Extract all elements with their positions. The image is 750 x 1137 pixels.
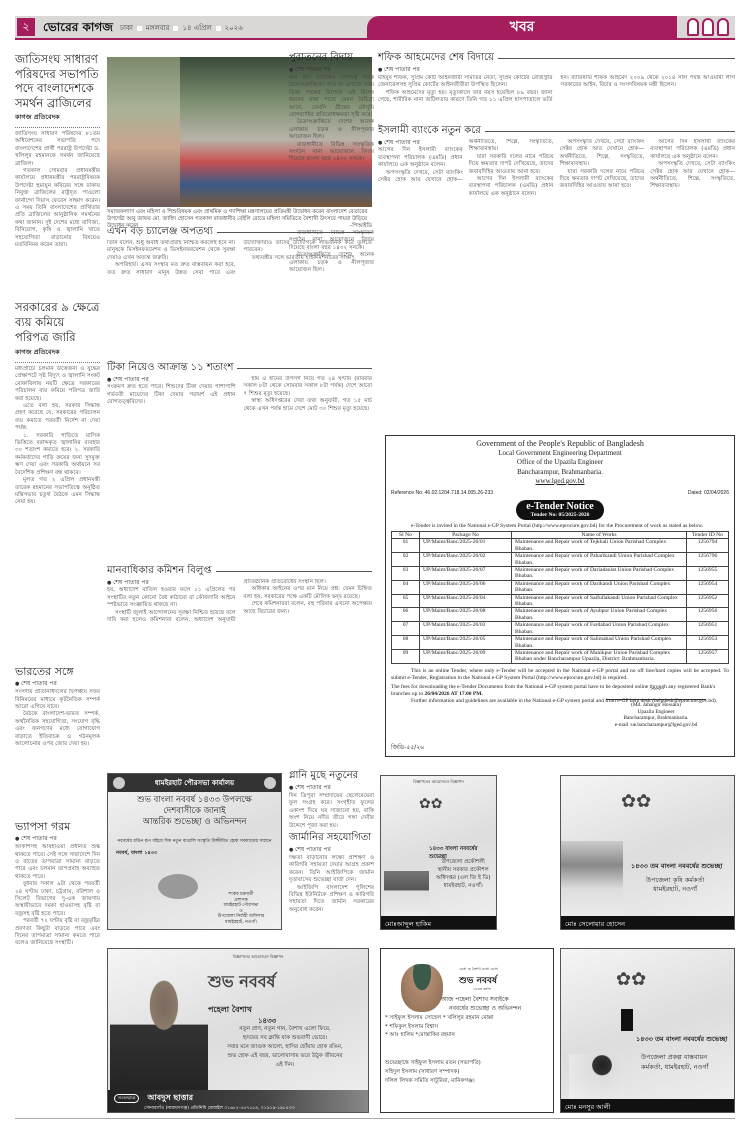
ad-signer: শংকর চক্রবর্তীপ্রশাসকধামইরহাট পৌরসভাওউপজ… xyxy=(211,892,271,925)
article-body: আকাশসহ আবহাওয়া প্রধানত শুষ্ক থাকতে পারে… xyxy=(15,844,100,1124)
ad-code: জিডি-৫৫/২৬ xyxy=(391,742,424,753)
article-body: শেষ পাতার পর হয়, অধ্যাদেশ বাতিল হওয়ার … xyxy=(107,579,372,764)
decorative-wheel-icon xyxy=(158,874,198,899)
headline: মানবাধিকার কমিশন বিলুপ্ত xyxy=(107,565,212,577)
photo-women-event xyxy=(107,57,180,207)
headline: ইসলামী ব্যাংকে নতুন করে xyxy=(378,125,481,137)
ad-title: শুভ নববর্ষ xyxy=(459,973,497,988)
emblem-icon xyxy=(113,777,125,789)
article-islami-bank[interactable]: ইসলামী ব্যাংকে নতুন করে শেষ পাতার পর আগে… xyxy=(378,125,735,429)
dated: Dated: 02/04/2026 xyxy=(688,490,729,496)
table-row: 02UP/Maint/Banc/2025-26/02Maintenance an… xyxy=(392,553,729,567)
ad-contact: সোনারগাঁও (নারায়ণগঞ্জ) প্রতিনিধি মোবাইল… xyxy=(144,1105,362,1112)
article-human-rights[interactable]: মানবাধিকার কমিশন বিলুপ্ত শেষ পাতার পর হয… xyxy=(107,565,372,764)
table-row: 08UP/Maint/Banc/2025-26/05Maintenance an… xyxy=(392,636,729,650)
ad-year-tag: নববর্ষ, বাংলা ১৪৩৩ xyxy=(116,850,281,858)
ad-line: নববর্ষের শুভেচ্ছা ও অভিনন্দন xyxy=(449,1003,521,1014)
headline: জাতিসংঘ সাধারণ পরিষদের সভাপতি পদে বাংলাদ… xyxy=(15,52,100,110)
ad-saiful[interactable]: এসো হে বৈশাখ এসো এসো শুভ নববর্ষ ১৪৩৩ বঙ্… xyxy=(380,948,554,1113)
dateline: ঢাকা মঙ্গলবার ১৪ এপ্রিল ২০২৬ xyxy=(120,22,243,34)
masthead[interactable]: ভোরের কাগজ xyxy=(43,19,113,39)
date-year: ২০২৬ xyxy=(225,22,243,34)
headline: গ্লানি মুছে নতুনের xyxy=(289,770,374,782)
article-body: জাতিসংঘ সাধারণ পরিষদের ৮১তম অধিবেশনের সভ… xyxy=(15,131,100,250)
nababarsho-logo-icon: ✿✿ xyxy=(616,969,646,990)
reference-no: Reference No: 46.02.1204.718.14.005.26-2… xyxy=(391,490,493,496)
headline: টিকা নিয়েও আক্রান্ত ১১ শতাংশ xyxy=(107,362,233,374)
tender-para1: This is an online Tender, where only e-T… xyxy=(391,668,729,682)
ad-name: মোঃআব্দুল হাকিম xyxy=(381,916,496,929)
ad-name: মোঃ সেলোয়ার হোসেন xyxy=(561,916,734,929)
ad-name: মোঃ মনসুর আলী xyxy=(561,1099,734,1112)
tender-table: Sl No Package No Name of Works Tender ID… xyxy=(391,531,729,664)
ad-footer: শুভেচ্ছান্তে সাইফুল ইসলাম রতন (সভাপতি)সহ… xyxy=(385,1059,481,1086)
ad-mansur[interactable]: ✿✿ ১৪৩৩ তম বাংলা নববর্ষের শুভেচ্ছা উপজেল… xyxy=(560,948,735,1113)
ad-year: ১৪৩৩ বঙ্গাব্দ xyxy=(473,987,491,993)
table-row: 07UP/Maint/Banc/2025-26/03Maintenance an… xyxy=(392,622,729,636)
ad-top-line: বিজ্ঞাপনের আয়োজনে বিজ্ঞাপন xyxy=(148,954,368,961)
ad-lines: উপজেলা প্রকৌশলীস্থানীয় সরকার প্রকৌশলঅধি… xyxy=(436,858,490,890)
jump-line: শেষ পাতার পর xyxy=(289,64,374,75)
ad-line: দেশবাসীকে জানাই xyxy=(108,806,281,817)
nababarsho-logo-icon: ✿✿ xyxy=(419,796,442,812)
headline: জার্মানির সহযোগিতা xyxy=(289,832,374,844)
article-body: মধ্যপ্রাচ্যে চলমান উত্তেজনা ও যুদ্ধের প্… xyxy=(15,366,100,566)
page-number: ২ xyxy=(17,18,35,36)
ad-subtitle: পহেলা বৈশাখ xyxy=(208,1004,252,1017)
table-row: 03UP/Maint/Banc/2025-26/07Maintenance an… xyxy=(392,567,729,581)
ad-greeting: ১৪৩৩ তম বাংলা নববর্ষের শুভেচ্ছা xyxy=(631,861,722,872)
jump-line: শেষ পাতার পর xyxy=(289,844,374,855)
ad-poem: নতুন প্রাণ, নতুন গান, বৈশাখ এলো ফিরে,হৃদ… xyxy=(200,1025,369,1070)
headline: ভ্যাপসা গরম xyxy=(15,820,100,833)
table-row: 01UP/Maint/Banc/2025-26/01Maintenance an… xyxy=(392,539,729,553)
portrait-photo xyxy=(401,964,443,1012)
table-row: 09UP/Maint/Banc/2025-26/09Maintenance an… xyxy=(392,649,729,663)
table-row: 06UP/Maint/Banc/2025-26/08Maintenance an… xyxy=(392,608,729,622)
article-body: করা হয়। খাবারেও বিশেষত্ব থাকে চৈত্রসংক্… xyxy=(289,75,374,245)
date-day: ১৪ এপ্রিল xyxy=(182,22,211,34)
article-brazil[interactable]: জাতিসংঘ সাধারণ পরিষদের সভাপতি পদে বাংলাদ… xyxy=(15,52,100,250)
jump-line: শেষ পাতার পর xyxy=(378,64,735,75)
ad-name: আবদুস ছাত্তার xyxy=(147,1092,193,1105)
article-govt-cost[interactable]: সরকারের ৯ ক্ষেত্রে ব্যয় কমিয়ে পরিপত্র … xyxy=(15,300,100,566)
headline: ভারতের সঙ্গে xyxy=(15,665,100,678)
ad-hakim[interactable]: বিজ্ঞাপনের আয়োজনে বিজ্ঞাপন ✿✿ ১৪৩৩ বাংল… xyxy=(380,775,497,930)
ad-lines: উপজেলা প্রকল্প বাস্তবায়নকর্মকর্তা, ধামই… xyxy=(641,1052,708,1072)
article-body: মাহবুব শফিক, সুপ্রিম কোর্ট আইনজীবী সমিতি… xyxy=(378,75,735,125)
tender-intro: e-Tender is invited in the National e-GP… xyxy=(391,523,729,530)
ad-footer: শুভেচ্ছান্তে আবদুস ছাত্তার সোনারগাঁও (না… xyxy=(108,1090,368,1112)
signature-block: ~~ (Md. Jahangir Hossain) Upazila Engine… xyxy=(606,686,706,728)
footer-rule xyxy=(15,1118,735,1119)
tender-notice: Government of the People's Republic of B… xyxy=(385,435,735,757)
article-old-farewell-cont: রাজধানীতে বিভিন্ন সাংস্কৃতিক সংগঠন নানা … xyxy=(289,230,374,410)
header-rule xyxy=(15,38,735,40)
ad-lines: উপজেলা কৃষি কর্মকর্তাধামইরহাট, নওগাঁ xyxy=(646,876,704,894)
headline: এখন বড় চ্যালেঞ্জ অপতথ্য xyxy=(107,226,213,238)
portrait-photo xyxy=(569,1054,624,1099)
table-row: 04UP/Maint/Banc/2025-26/06Maintenance an… xyxy=(392,580,729,594)
ad-names: * সাইফুল ইসলাম সোহেল * খলিলুর রহমান মোল্… xyxy=(385,1014,493,1040)
divider xyxy=(15,362,100,363)
article-body: দক্ষতা বাড়ানোর লক্ষ্যে প্রশিক্ষণ ও কারি… xyxy=(289,855,374,925)
portrait-photo xyxy=(561,841,623,921)
portrait-photo xyxy=(384,871,429,919)
byline: কাগজ প্রতিবেদক xyxy=(15,112,100,123)
page-header: ২ ভোরের কাগজ ঢাকা মঙ্গলবার ১৪ এপ্রিল ২০২… xyxy=(15,16,735,38)
jump-line: শেষ পাতার পর xyxy=(15,833,100,844)
table-row: 05UP/Maint/Banc/2025-26/04Maintenance an… xyxy=(392,594,729,608)
headline: শফিক আহমেদের শেষ বিদায়ে xyxy=(378,52,494,64)
portrait-photo xyxy=(110,974,208,1099)
headline: পুরাতনের বিদায় xyxy=(289,52,374,64)
jump-line: শেষ পাতার পর xyxy=(15,678,100,689)
ad-sattar[interactable]: বিজ্ঞাপনের আয়োজনে বিজ্ঞাপন শুভ নববর্ষ প… xyxy=(107,948,369,1113)
ad-line: শুভ বাংলা নববর্ষ ১৪৩৩ উপলক্ষে xyxy=(108,795,281,806)
article-india[interactable]: ভারতের সঙ্গে শেষ পাতার পর সংসদীয় প্রতিন… xyxy=(15,665,100,779)
jump-line: শেষ পাতার পর xyxy=(289,782,374,793)
tender-title-badge: e-Tender Notice Tender No: 05/2025-2026 xyxy=(516,500,604,520)
article-shafik[interactable]: শফিক আহমেদের শেষ বিদায়ে শেষ পাতার পর মা… xyxy=(378,52,735,125)
ad-top-line: বিজ্ঞাপনের আয়োজনে বিজ্ঞাপন xyxy=(381,779,496,786)
article-heat[interactable]: ভ্যাপসা গরম শেষ পাতার পর আকাশসহ আবহাওয়া… xyxy=(15,820,100,1124)
ad-title: শুভ নববর্ষ xyxy=(208,969,275,996)
ad-greeting: ১৪৩৩ তম বাংলা নববর্ষের শুভেচ্ছা xyxy=(636,1034,727,1045)
byline: কাগজ প্রতিবেদক xyxy=(15,347,100,358)
ad-selim[interactable]: ✿✿ ১৪৩৩ তম বাংলা নববর্ষের শুভেচ্ছা উপজেল… xyxy=(560,775,735,930)
signature-icon: ~~ xyxy=(606,686,706,700)
article-body: সংসদীয় প্রতিনিধিদলের দ্বিপক্ষীয় সফর বি… xyxy=(15,689,100,779)
headline: সরকারের ৯ ক্ষেত্রে ব্যয় কমিয়ে পরিপত্র … xyxy=(15,300,100,345)
article-germany[interactable]: জার্মানির সহযোগিতা শেষ পাতার পর দক্ষতা ব… xyxy=(289,832,374,925)
article-body: শেষ পাতার পর আগের দিন ইসলামী ব্যাংকের ব্… xyxy=(378,139,735,429)
logo-icon xyxy=(264,777,276,789)
divider xyxy=(15,127,100,128)
article-glani[interactable]: গ্লানি মুছে নতুনের শেষ পাতার পর দিন ত্রি… xyxy=(289,770,374,830)
section-title: খবর xyxy=(367,16,677,38)
ad-org: ধামইরহাট পৌরসভা কার্যালয় xyxy=(155,777,234,789)
nababarsho-logo-icon: ✿✿ xyxy=(621,791,651,812)
article-body: দিন ত্রিপুরা সম্প্রদায়ের ছেলেমেয়েরা ফু… xyxy=(289,793,374,830)
decorative-block xyxy=(621,1009,633,1031)
tender-website-link[interactable]: www.lged.gov.bd xyxy=(391,477,729,487)
date-weekday: মঙ্গলবার xyxy=(146,22,170,34)
section-logo-icon xyxy=(681,17,729,37)
article-old-farewell[interactable]: পুরাতনের বিদায় শেষ পাতার পর করা হয়। খা… xyxy=(289,52,374,245)
date-city: ঢাকা xyxy=(120,22,133,34)
ad-municipality[interactable]: ধামইরহাট পৌরসভা কার্যালয় শুভ বাংলা নববর… xyxy=(107,773,282,930)
tender-gov-header: Government of the People's Republic of B… xyxy=(391,439,729,487)
ad-line: আন্তরিক শুভেচ্ছা ও অভিনন্দন xyxy=(108,817,281,828)
ad-tag: শুভেচ্ছান্তে xyxy=(114,1094,139,1103)
ad-tagline: নববর্ষের রঙিন রূপ বহিয়ে দিক নতুন বাঙালি… xyxy=(108,838,281,845)
